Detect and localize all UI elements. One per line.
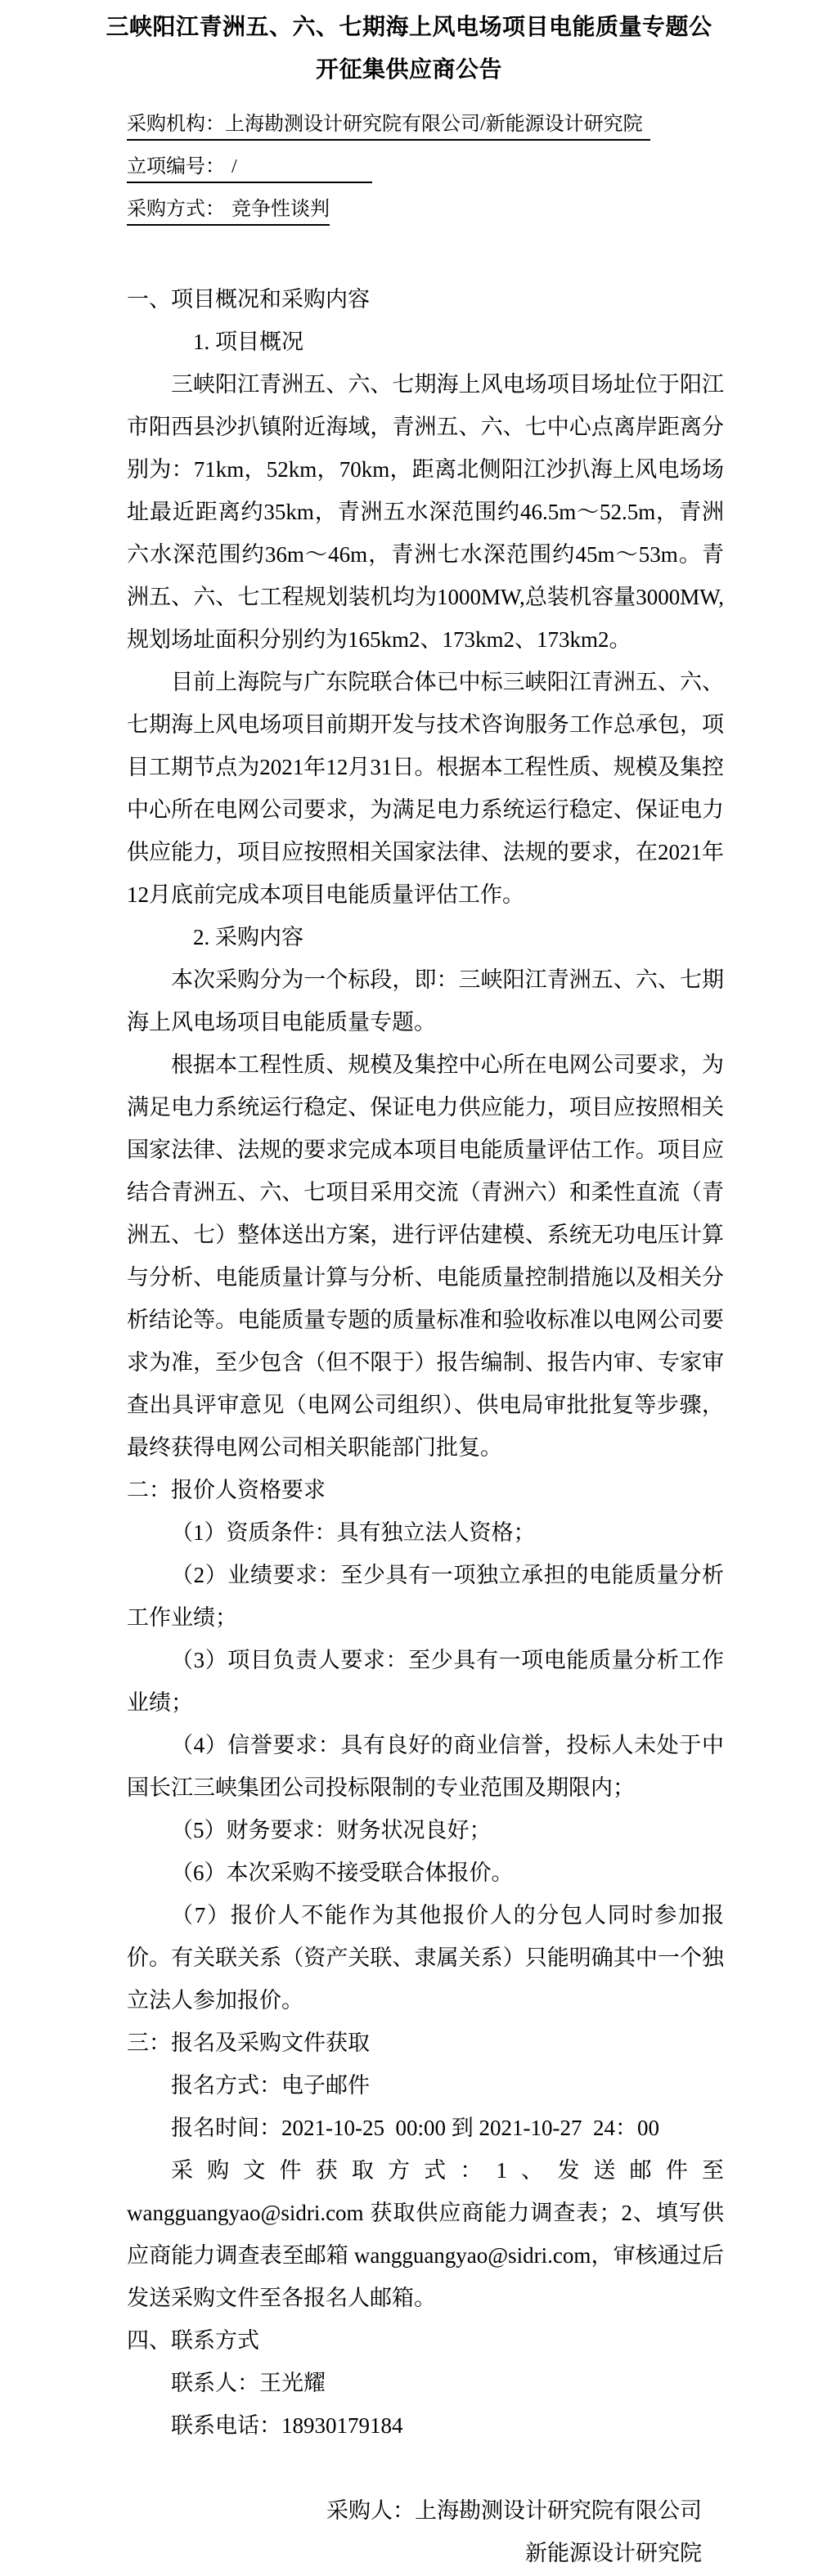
section-3-heading: 三：报名及采购文件获取 bbox=[127, 2022, 724, 2064]
doc-title-line2: 开征集供应商公告 bbox=[49, 49, 769, 92]
doc-title: 三峡阳江青洲五、六、七期海上风电场项目电能质量专题公 开征集供应商公告 bbox=[49, 0, 769, 92]
procurement-method-underline: 采购方式：竞争性谈判 bbox=[127, 197, 330, 226]
subsection-1-1-heading: 1. 项目概况 bbox=[127, 321, 724, 363]
signup-method-line: 报名方式：电子邮件 bbox=[127, 2064, 724, 2107]
procurement-method-label: 采购方式： bbox=[127, 199, 225, 220]
procurement-agency-underline: 采购机构：上海勘测设计研究院有限公司/新能源设计研究院 bbox=[127, 112, 650, 141]
project-overview-paragraph-1: 三峡阳江青洲五、六、七期海上风电场项目场址位于阳江市阳西县沙扒镇附近海域，青洲五… bbox=[127, 363, 724, 661]
procurement-method-value: 竞争性谈判 bbox=[225, 199, 330, 220]
section-2-heading: 二：报价人资格要求 bbox=[127, 1469, 724, 1511]
signup-time-line: 报名时间：2021-10-25 00:00 到 2021-10-27 24：00 bbox=[127, 2107, 724, 2149]
header-fields: 采购机构：上海勘测设计研究院有限公司/新能源设计研究院 立项编号：/ 采购方式：… bbox=[127, 103, 818, 231]
contact-phone-line: 联系电话：18930179184 bbox=[127, 2404, 724, 2447]
qualification-item-4: （4）信誉要求：具有良好的商业信誉，投标人未处于中国长江三峡集团公司投标限制的专… bbox=[127, 1724, 724, 1809]
project-overview-paragraph-2: 目前上海院与广东院联合体已中标三峡阳江青洲五、六、七期海上风电场项目前期开发与技… bbox=[127, 661, 724, 916]
section-4-heading: 四、联系方式 bbox=[127, 2319, 724, 2362]
department-line: 新能源设计研究院 bbox=[127, 2532, 702, 2574]
field-procurement-method: 采购方式：竞争性谈判 bbox=[127, 188, 818, 231]
project-number-underline: 立项编号：/ bbox=[127, 155, 372, 183]
qualification-item-6: （6）本次采购不接受联合体报价。 bbox=[127, 1851, 724, 1894]
field-project-number: 立项编号：/ bbox=[127, 146, 818, 188]
section-1-heading: 一、项目概况和采购内容 bbox=[127, 278, 724, 321]
qualification-item-2: （2）业绩要求：至少具有一项独立承担的电能质量分析工作业绩； bbox=[127, 1554, 724, 1639]
qualification-item-3: （3）项目负责人要求：至少具有一项电能质量分析工作业绩； bbox=[127, 1639, 724, 1724]
subsection-1-2-heading: 2. 采购内容 bbox=[127, 916, 724, 958]
document-body: 一、项目概况和采购内容 1. 项目概况 三峡阳江青洲五、六、七期海上风电场项目场… bbox=[127, 278, 724, 2574]
procurement-agency-label: 采购机构： bbox=[127, 114, 225, 135]
qualification-item-5: （5）财务要求：财务状况良好； bbox=[127, 1809, 724, 1851]
qualification-item-1: （1）资质条件：具有独立法人资格； bbox=[127, 1511, 724, 1554]
qualification-item-7: （7）报价人不能作为其他报价人的分包人同时参加报价。有关联关系（资产关联、隶属关… bbox=[127, 1894, 724, 2022]
doc-title-line1: 三峡阳江青洲五、六、七期海上风电场项目电能质量专题公 bbox=[49, 7, 769, 49]
announcement-document: 三峡阳江青洲五、六、七期海上风电场项目电能质量专题公 开征集供应商公告 采购机构… bbox=[0, 0, 818, 2576]
project-number-label: 立项编号： bbox=[127, 156, 225, 177]
procurement-content-paragraph-2: 根据本工程性质、规模及集控中心所在电网公司要求，为满足电力系统运行稳定、保证电力… bbox=[127, 1043, 724, 1469]
signature-block: 采购人：上海勘测设计研究院有限公司 新能源设计研究院 bbox=[127, 2489, 724, 2574]
field-procurement-agency: 采购机构：上海勘测设计研究院有限公司/新能源设计研究院 bbox=[127, 103, 818, 146]
procurement-agency-value: 上海勘测设计研究院有限公司/新能源设计研究院 bbox=[225, 114, 643, 135]
document-acquisition-paragraph: 采购文件获取方式：1、发送邮件至 wangguangyao@sidri.com … bbox=[127, 2149, 724, 2319]
buyer-line: 采购人：上海勘测设计研究院有限公司 bbox=[127, 2489, 702, 2532]
contact-person-line: 联系人：王光耀 bbox=[127, 2362, 724, 2404]
project-number-value: / bbox=[225, 156, 237, 177]
procurement-content-paragraph-1: 本次采购分为一个标段，即：三峡阳江青洲五、六、七期海上风电场项目电能质量专题。 bbox=[127, 958, 724, 1043]
